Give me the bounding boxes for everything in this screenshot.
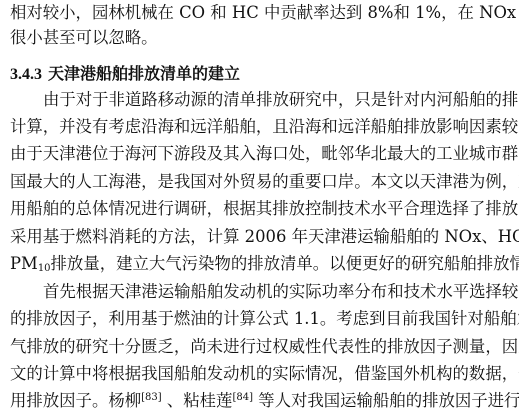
paragraph-line: 的排放因子，利用基于燃油的计算公式 1.1。考虑到目前我国针对船舶发动机排 — [10, 306, 510, 332]
paragraph-text: 排放量，建立大气污染物的排放清单。以便更好的研究船舶排放情况。 — [51, 254, 519, 273]
paragraph-line: 由于天津港位于海河下游段及其入海口处，毗邻华北最大的工业城市群，是中 — [10, 141, 510, 167]
paragraph-line: 由于对于非道路移动源的清单排放研究中，只是针对内河船舶的排放进行 — [10, 87, 510, 113]
paragraph-line: 相对较小，园林机械在 CO 和 HC 中贡献率达到 8%和 1%，在 NOx 和… — [10, 0, 510, 26]
pm-subscript: 10 — [38, 263, 51, 274]
paragraph-text: 、粘桂莲 — [162, 391, 233, 410]
paragraph-line: PM10排放量，建立大气污染物的排放清单。以便更好的研究船舶排放情况。 — [10, 251, 510, 277]
pm-label: PM — [10, 254, 38, 273]
citation-ref: [84] — [232, 392, 253, 403]
paragraph-line: 国最大的人工海港，是我国对外贸易的重要口岸。本文以天津港为例，对其使 — [10, 169, 510, 195]
paragraph-line: 气排放的研究十分匮乏，尚未进行过权威性代表性的排放因子测量，因此在本 — [10, 334, 510, 360]
paragraph-line: 计算，并没有考虑沿海和远洋船舶，且沿海和远洋船舶排放影响因素较多，又 — [10, 114, 510, 140]
citation-ref: [83] — [141, 392, 162, 403]
section-title: 天津港船舶排放清单的建立 — [48, 64, 240, 83]
paragraph-text: 等人对我国运输船舶的排放因子进行了估值， — [253, 391, 519, 410]
paragraph-line: 用船舶的总体情况进行调研，根据其排放控制技术水平合理选择了排放因子， — [10, 196, 510, 222]
paragraph-line: 文的计算中将根据我国船舶发动机的实际情况，借鉴国外机构的数据，合理选 — [10, 361, 510, 387]
paragraph-line: 首先根据天津港运输船舶发动机的实际功率分布和技术水平选择较为合理 — [10, 279, 510, 305]
paragraph-line: 用排放因子。杨柳[83] 、粘桂莲[84] 等人对我国运输船舶的排放因子进行了估… — [10, 388, 510, 411]
section-number: 3.4.3 — [10, 66, 42, 83]
paragraph-line: 采用基于燃料消耗的方法，计算 2006 年天津港运输船舶的 NOx、HC、CO … — [10, 224, 510, 250]
section-heading: 3.4.3天津港船舶排放清单的建立 — [10, 61, 510, 87]
paragraph-text: 用排放因子。杨柳 — [10, 391, 141, 410]
paragraph-line: 很小甚至可以忽略。 — [10, 25, 510, 51]
